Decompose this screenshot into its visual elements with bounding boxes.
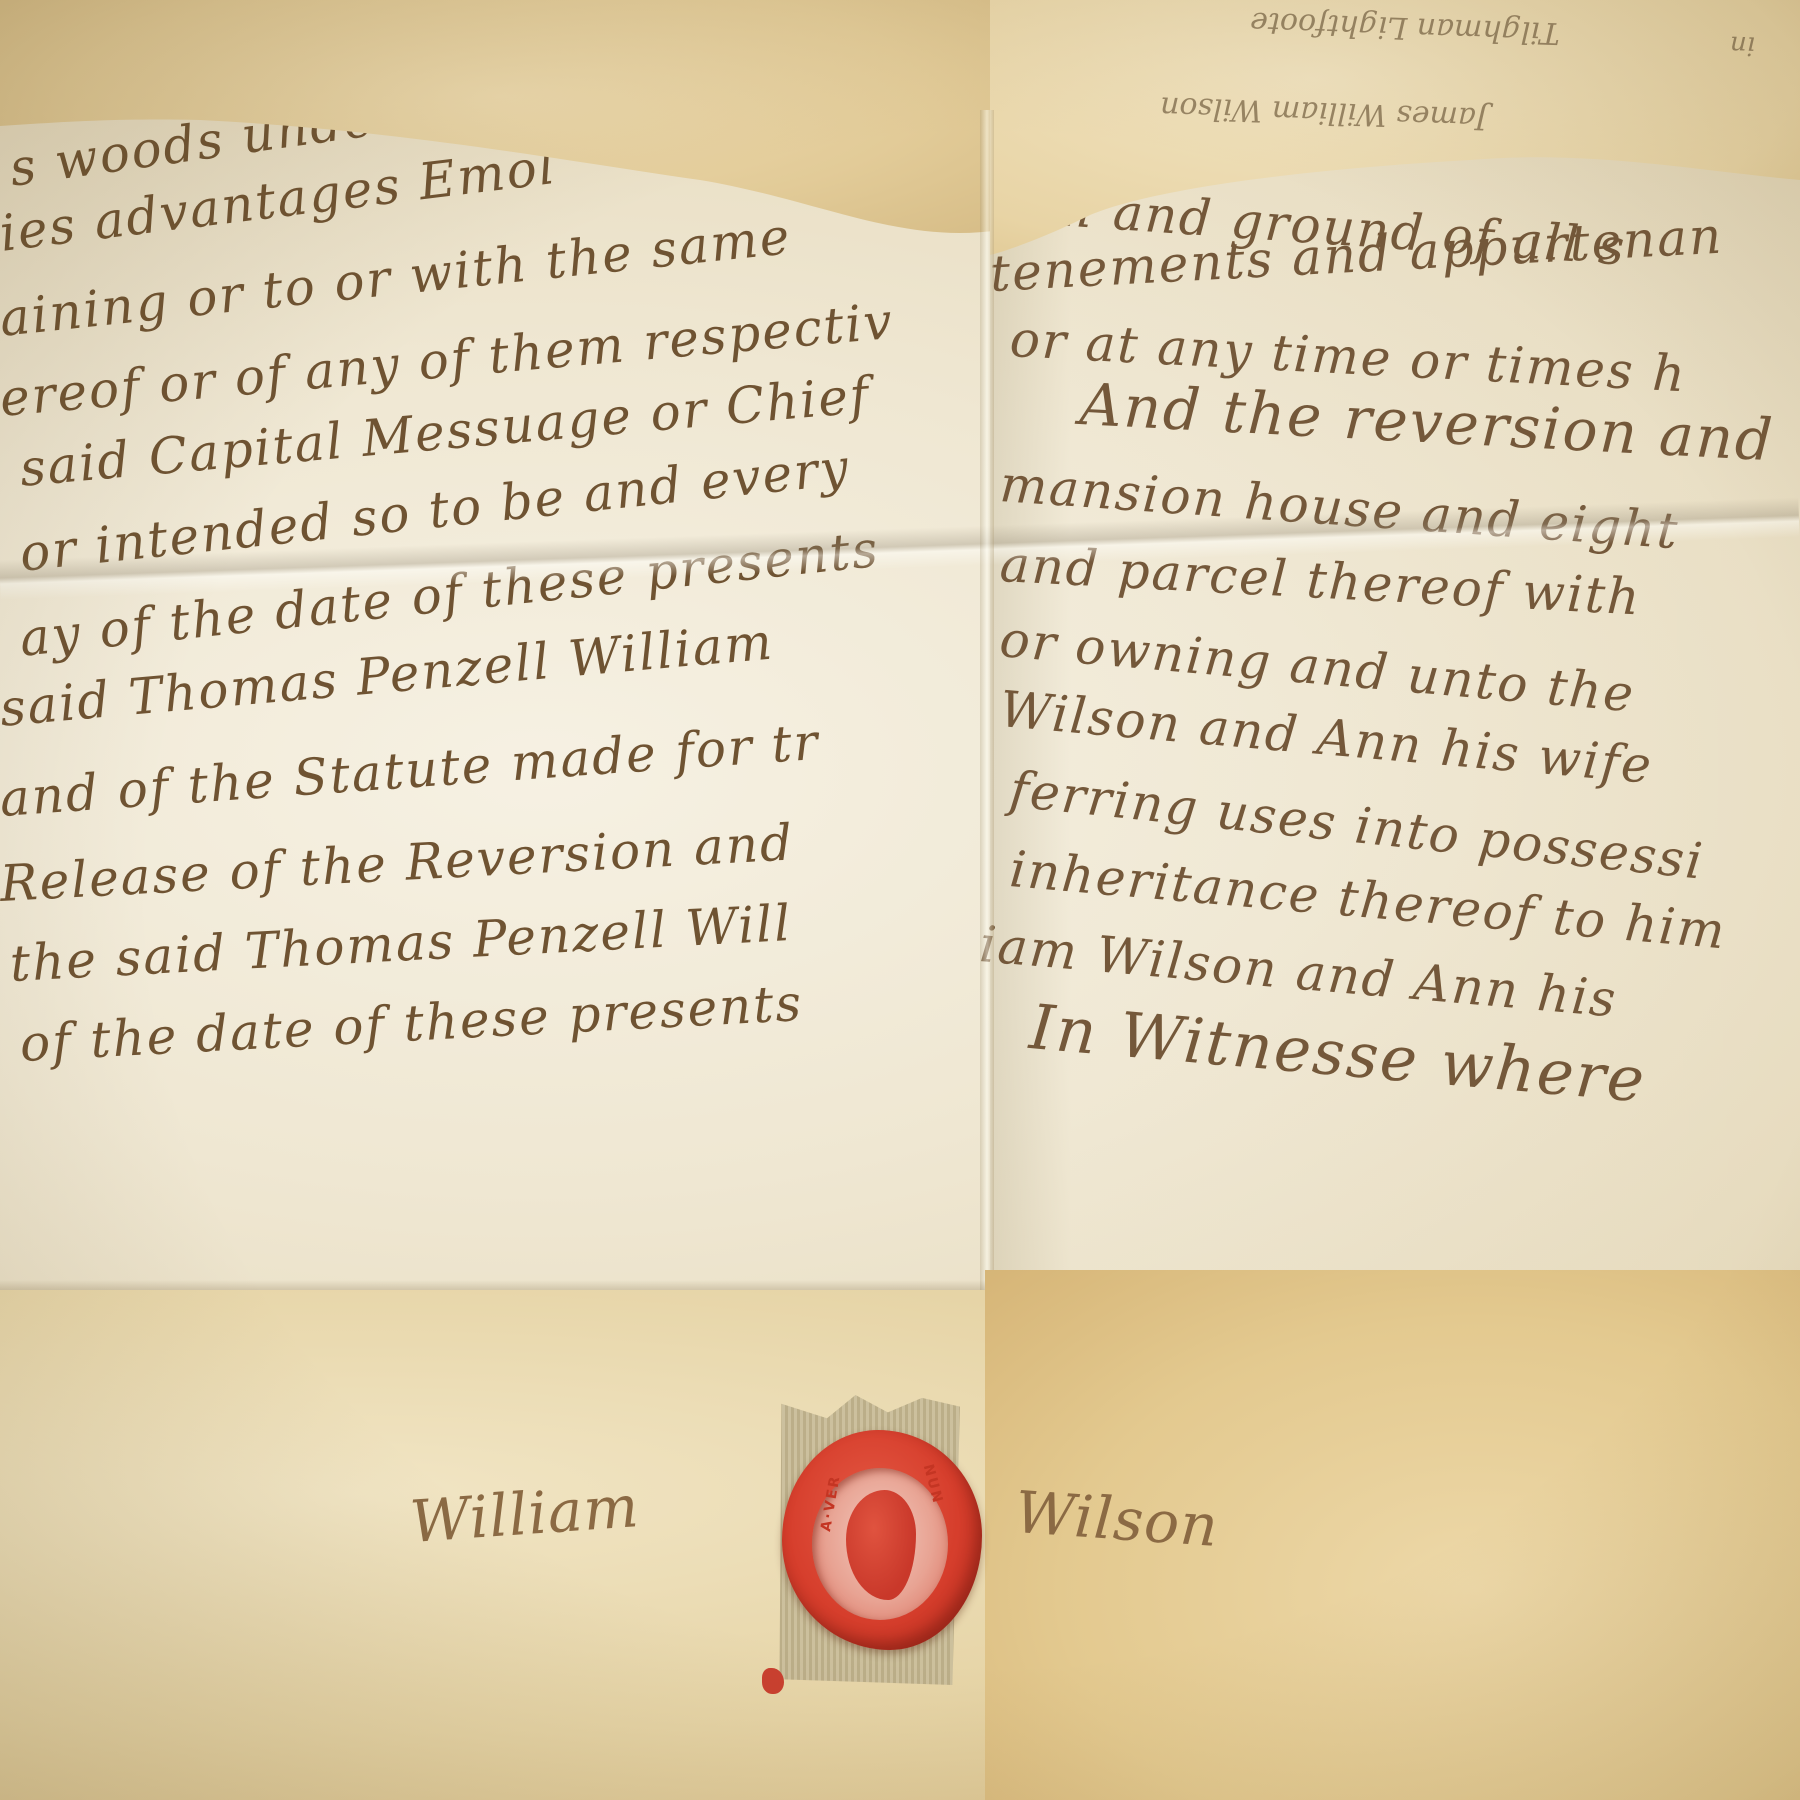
wax-drip — [762, 1668, 784, 1694]
seal-inscription-right: NUN — [920, 1463, 946, 1507]
inverted-endorsement: in — [1729, 30, 1755, 61]
seal-inscription-left: A·VER — [818, 1474, 844, 1533]
wax-seal: A·VER NUN — [782, 1430, 982, 1650]
inverted-endorsement: James William Wilson — [1159, 89, 1488, 135]
helmeted-bust-icon — [846, 1490, 916, 1600]
signature-last-name: Wilson — [1013, 1478, 1221, 1560]
vellum-deed: s woods under ies advantages Emol aining… — [0, 0, 1800, 1800]
inverted-endorsement: Tilghman Lightfoote — [1249, 5, 1560, 51]
seal-impression: A·VER NUN — [812, 1468, 948, 1620]
